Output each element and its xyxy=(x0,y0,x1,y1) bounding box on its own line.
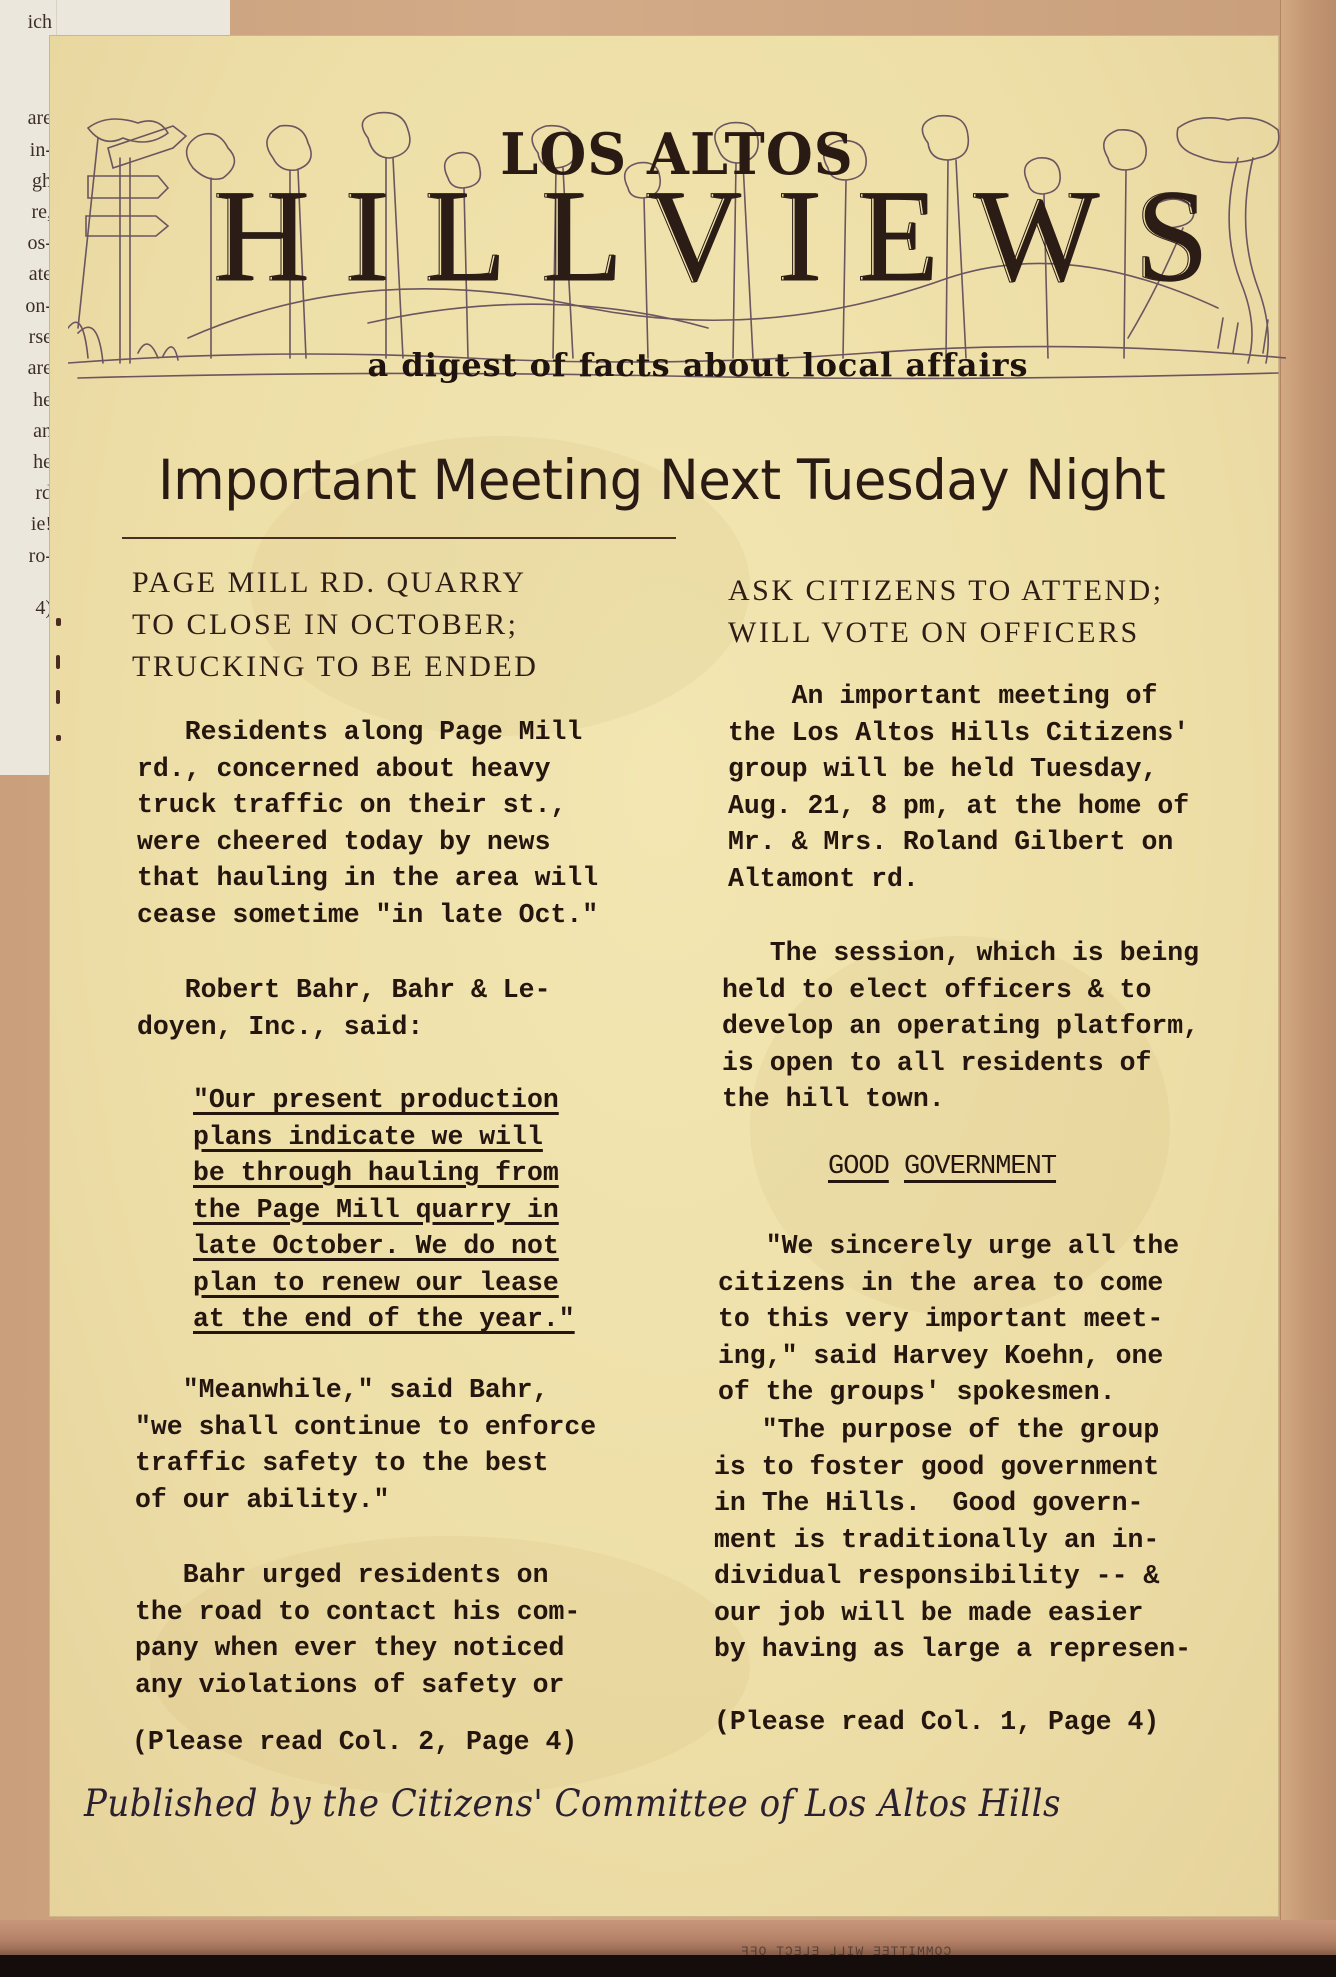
right-paragraph-1: An important meeting ofthe Los Altos Hil… xyxy=(728,678,1189,897)
clipping-text-fragment: in- xyxy=(30,140,52,160)
right-continued-note: (Please read Col. 1, Page 4) xyxy=(714,1704,1159,1741)
left-clipping-top xyxy=(56,0,230,36)
headline-rule xyxy=(122,537,676,539)
bahr-quote: "Our present productionplans indicate we… xyxy=(193,1082,575,1338)
right-paragraph-2: The session, which is beingheld to elect… xyxy=(722,935,1199,1118)
clipping-text-fragment: re, xyxy=(31,202,52,222)
clipping-text-fragment: are xyxy=(28,108,52,128)
clipping-text-fragment: ich xyxy=(28,12,52,32)
left-paragraph-1: Residents along Page Millrd., concerned … xyxy=(137,714,598,933)
mirrored-stamp-text: COMMITTEE WILL ELECT OFF xyxy=(740,1944,951,1959)
clipping-text-fragment: ate xyxy=(29,264,52,284)
left-paragraph-2: Robert Bahr, Bahr & Le-doyen, Inc., said… xyxy=(137,972,550,1045)
left-continued-note: (Please read Col. 2, Page 4) xyxy=(132,1724,577,1761)
margin-mark xyxy=(56,735,61,741)
left-column-heading: PAGE MILL RD. QUARRYTO CLOSE IN OCTOBER;… xyxy=(132,562,538,688)
board-bottom-edge xyxy=(0,1920,1336,1960)
right-column-heading: ASK CITIZENS TO ATTEND;WILL VOTE ON OFFI… xyxy=(728,570,1164,654)
page-headline: Important Meeting Next Tuesday Night xyxy=(158,448,1218,512)
left-paragraph-4: Bahr urged residents onthe road to conta… xyxy=(135,1557,580,1703)
clipping-text-fragment: os- xyxy=(28,233,52,253)
masthead-tagline: a digest of facts about local affairs xyxy=(198,346,1198,384)
left-paragraph-3: "Meanwhile," said Bahr,"we shall continu… xyxy=(135,1372,596,1518)
right-paragraph-3: "We sincerely urge all thecitizens in th… xyxy=(718,1228,1179,1411)
left-clipping: icharein-ghre,os-ateon-rseareheanherdie!… xyxy=(0,0,57,775)
margin-mark xyxy=(56,618,61,626)
clipping-text-fragment: gh xyxy=(32,171,52,191)
masthead-title-main: HILLVIEWS xyxy=(213,170,1173,302)
clipping-text-fragment: rse xyxy=(29,327,52,347)
publisher-footer: Published by the Citizens' Committee of … xyxy=(84,1782,1061,1825)
margin-mark xyxy=(56,690,60,704)
margin-mark xyxy=(56,655,60,669)
clipping-text-fragment: ro- xyxy=(29,546,52,566)
clipping-text-fragment: are xyxy=(28,358,52,378)
dark-background xyxy=(0,1955,1336,1977)
clipping-text-fragment: ie! xyxy=(31,514,52,534)
board-right-edge xyxy=(1280,0,1336,1960)
masthead: LOS ALTOS HILLVIEWS a digest of facts ab… xyxy=(68,108,1286,398)
right-paragraph-4: "The purpose of the groupis to foster go… xyxy=(714,1412,1191,1668)
clipping-text-fragment: on- xyxy=(25,296,52,316)
good-government-subhead: GOOD GOVERNMENT xyxy=(828,1152,1056,1182)
